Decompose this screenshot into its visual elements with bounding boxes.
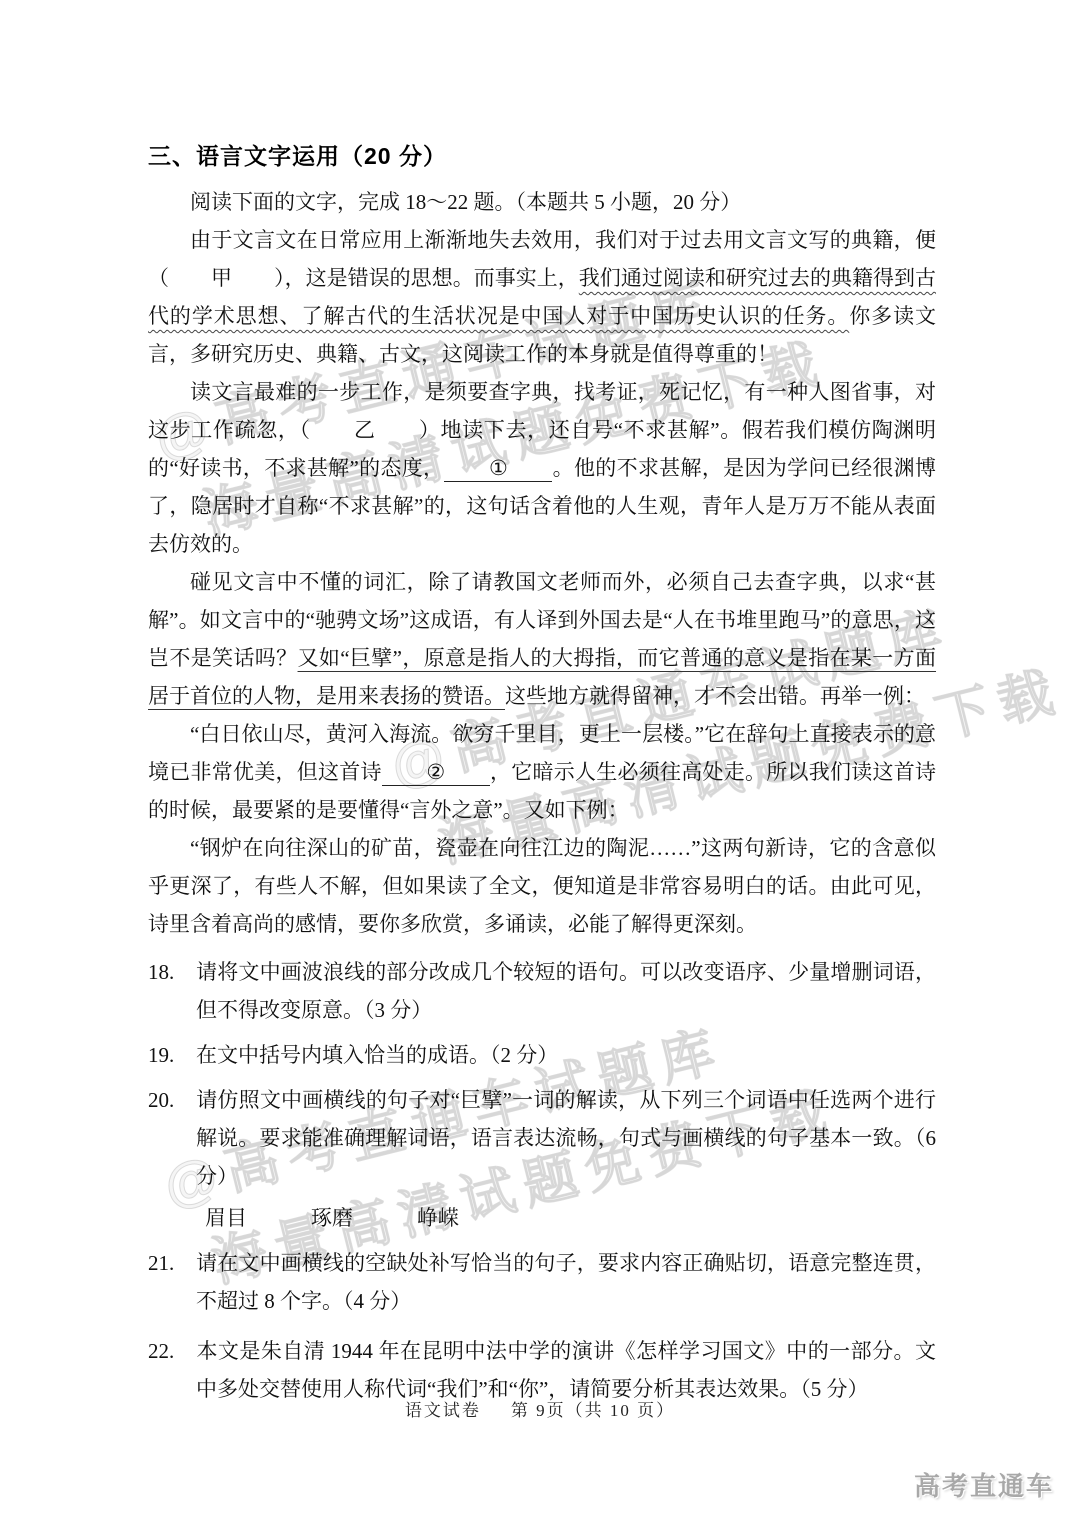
footer-paper-name: 语文试卷 bbox=[405, 1401, 481, 1420]
question-18-number: 18. bbox=[148, 953, 196, 991]
question-21: 21.请在文中画横线的空缺处补写恰当的句子，要求内容正确贴切，语意完整连贯，不超… bbox=[148, 1244, 936, 1320]
question-20-number: 20. bbox=[148, 1081, 196, 1119]
question-20-text: 请仿照文中画横线的句子对“巨擘”一词的解读，从下列三个词语中任选两个进行解说。要… bbox=[196, 1088, 936, 1188]
page-content: 三、语言文字运用（20 分） 阅读下面的文字，完成 18～22 题。（本题共 5… bbox=[148, 138, 936, 1408]
section-title: 三、语言文字运用（20 分） bbox=[148, 138, 936, 171]
question-18: 18.请将文中画波浪线的部分改成几个较短的语句。可以改变语序、少量增删词语，但不… bbox=[148, 953, 936, 1029]
passage-paragraph-5: “钢炉在向往深山的矿苗，瓷壶在向往江边的陶泥……”这两句新诗，它的含意似乎更深了… bbox=[148, 829, 936, 943]
p3-post: 这些地方就得留神，才不会出错。再举一例： bbox=[505, 684, 925, 708]
question-22-number: 22. bbox=[148, 1332, 196, 1370]
question-21-text: 请在文中画横线的空缺处补写恰当的句子，要求内容正确贴切，语意完整连贯，不超过 8… bbox=[196, 1251, 936, 1313]
question-20: 20.请仿照文中画横线的句子对“巨擘”一词的解读，从下列三个词语中任选两个进行解… bbox=[148, 1081, 936, 1195]
question-21-number: 21. bbox=[148, 1244, 196, 1282]
question-22-text: 本文是朱自清 1944 年在昆明中法中学的演讲《怎样学习国文》中的一部分。文中多… bbox=[196, 1339, 936, 1401]
question-19-number: 19. bbox=[148, 1036, 196, 1074]
word-option-3: 峥嵘 bbox=[417, 1206, 459, 1230]
page-footer: 语文试卷第 9页（共 10 页） bbox=[0, 1396, 1080, 1421]
passage-paragraph-2: 读文言最难的一步工作，是须要查字典，找考证，死记忆，有一种人图省事，对这步工作疏… bbox=[148, 373, 936, 563]
question-20-word-options: 眉目琢磨峥嵘 bbox=[148, 1199, 936, 1237]
footer-page-number: 第 9页（共 10 页） bbox=[511, 1401, 675, 1420]
passage-paragraph-4: “白日依山尽，黄河入海流。欲穷千里目，更上一层楼。”它在辞句上直接表示的意境已非… bbox=[148, 715, 936, 829]
passage-paragraph-1: 由于文言文在日常应用上渐渐地失去效用，我们对于过去用文言文写的典籍，便（ 甲 ）… bbox=[148, 221, 936, 373]
question-19-text: 在文中括号内填入恰当的成语。（2 分） bbox=[196, 1043, 558, 1067]
fill-blank-1: ① bbox=[444, 455, 552, 482]
word-option-2: 琢磨 bbox=[311, 1206, 353, 1230]
fill-blank-2: ② bbox=[382, 759, 490, 786]
passage-paragraph-3: 碰见文言中不懂的词汇，除了请教国文老师而外，必须自己去查字典，以求“甚解”。如文… bbox=[148, 563, 936, 715]
passage-intro: 阅读下面的文字，完成 18～22 题。（本题共 5 小题，20 分） bbox=[148, 183, 936, 221]
question-18-text: 请将文中画波浪线的部分改成几个较短的语句。可以改变语序、少量增删词语，但不得改变… bbox=[196, 960, 936, 1022]
word-option-1: 眉目 bbox=[205, 1206, 247, 1230]
exam-paper-page: @高考直通车试题库 海量高清试题免费下载 @高考直通车试题库 海量高清试题免费下… bbox=[0, 0, 1080, 1528]
question-19: 19.在文中括号内填入恰当的成语。（2 分） bbox=[148, 1036, 936, 1074]
brand-logo-text: 高考直通车 bbox=[914, 1466, 1054, 1503]
